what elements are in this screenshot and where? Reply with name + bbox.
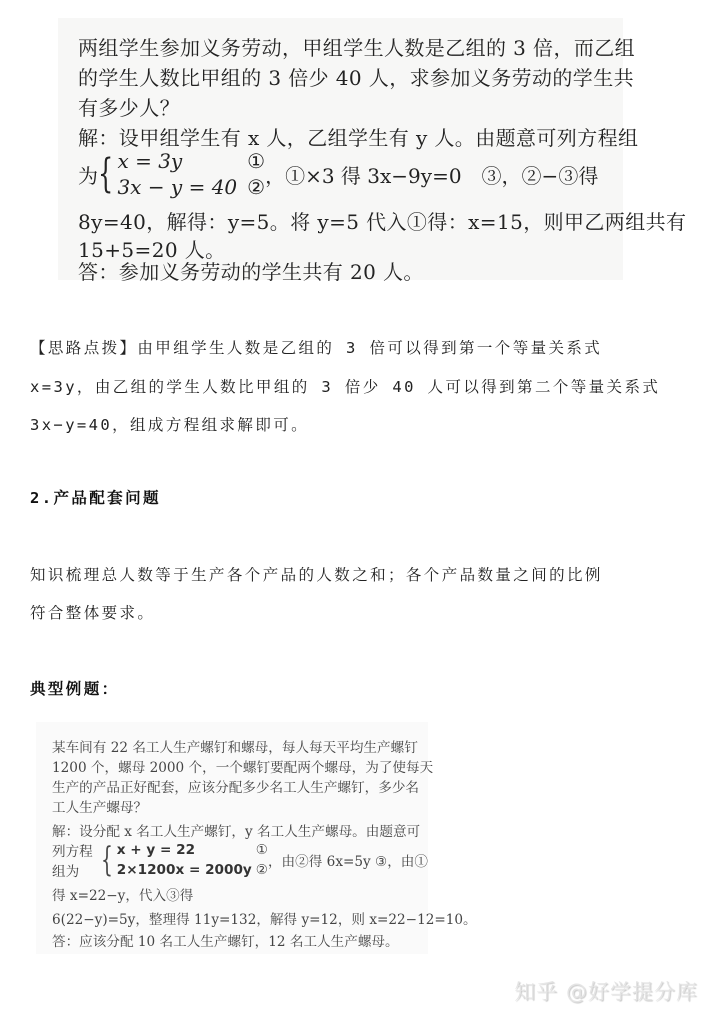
solution-line: 8y=40，解得：y=5。将 y=5 代入①得：x=15，则甲乙两组共有 [78,206,686,235]
tag-1: ① [256,840,268,860]
section-title: 2.产品配套问题 [30,486,161,508]
watermark: 知乎 @好学提分库 [514,976,698,1006]
example-1-image: 两组学生参加义务劳动，甲组学生人数是乙组的 3 倍，而乙组 的学生人数比甲组的 … [58,18,623,280]
hint-line: 3x−y=40，组成方程组求解即可。 [30,413,309,435]
problem-line: 有多少人？ [78,92,180,121]
solution-line: 6(22−y)=5y，整理得 11y=132，解得 y=12，则 x=22−12… [52,908,477,928]
left-brace-icon: { [98,154,113,194]
tag-2: ② [256,860,268,880]
problem-line: 两组学生参加义务劳动，甲组学生人数是乙组的 3 倍，而乙组 [78,32,635,61]
equation-tags: ① ② [247,148,265,200]
problem-line: 1200 个，螺母 2000 个，一个螺钉要配两个螺母，为了使每天 [52,756,433,776]
solution-line: 得 x=22−y，代入③得 [52,884,193,904]
equations: x + y = 22 2×1200x = 2000y [117,840,252,880]
hint-line: x=3y，由乙组的学生人数比甲组的 3 倍少 40 人可以得到第二个等量关系式 [30,375,660,397]
problem-line: 某车间有 22 名工人生产螺钉和螺母，每人每天平均生产螺钉 [52,736,418,756]
equations: x = 3y 3x − y = 40 [117,148,237,200]
problem-line: 生产的产品正好配套，应该分配多少名工人生产螺钉，多少名 [52,776,419,796]
examples-heading: 典型例题： [30,677,120,699]
left-brace-icon: { [101,843,113,877]
equation-1: x = 3y [117,148,237,174]
answer-line: 答：应该分配 10 名工人生产螺钉，12 名工人生产螺母。 [52,930,399,950]
equation-1: x + y = 22 [117,840,252,860]
equation-2: 2×1200x = 2000y [117,860,252,880]
knowledge-line: 知识梳理总人数等于生产各个产品的人数之和；各个产品数量之间的比例 [30,563,603,585]
system-prefix: 为 [78,160,98,189]
example-2-image: 某车间有 22 名工人生产螺钉和螺母，每人每天平均生产螺钉 1200 个，螺母 … [36,722,428,954]
solution-line: 解：设甲组学生有 x 人，乙组学生有 y 人。由题意可列方程组 [78,122,638,151]
equation-tags: ① ② [256,840,268,880]
equation-system: 列方程组为 { x + y = 22 2×1200x = 2000y ① ② ，… [52,840,428,880]
system-prefix: 列方程组为 [52,840,101,880]
system-suffix: ，①×3 得 3x−9y=0 ③，②−③得 [265,160,598,189]
tag-1: ① [247,148,265,174]
answer-line: 答：参加义务劳动的学生共有 20 人。 [78,256,424,285]
equation-2: 3x − y = 40 [117,174,237,200]
equation-system: 为 { x = 3y 3x − y = 40 ① ② ，①×3 得 3x−9y=… [78,148,598,200]
system-suffix: ，由②得 6x=5y ③，由① [268,850,428,870]
hint-line: 【思路点拨】由甲组学生人数是乙组的 3 倍可以得到第一个等量关系式 [30,336,602,358]
problem-line: 的学生人数比甲组的 3 倍少 40 人，求参加义务劳动的学生共 [78,62,634,91]
tag-2: ② [247,174,265,200]
knowledge-line: 符合整体要求。 [30,601,155,623]
solution-line: 解：设分配 x 名工人生产螺钉，y 名工人生产螺母。由题意可 [52,820,420,840]
problem-line: 工人生产螺母？ [52,796,147,816]
